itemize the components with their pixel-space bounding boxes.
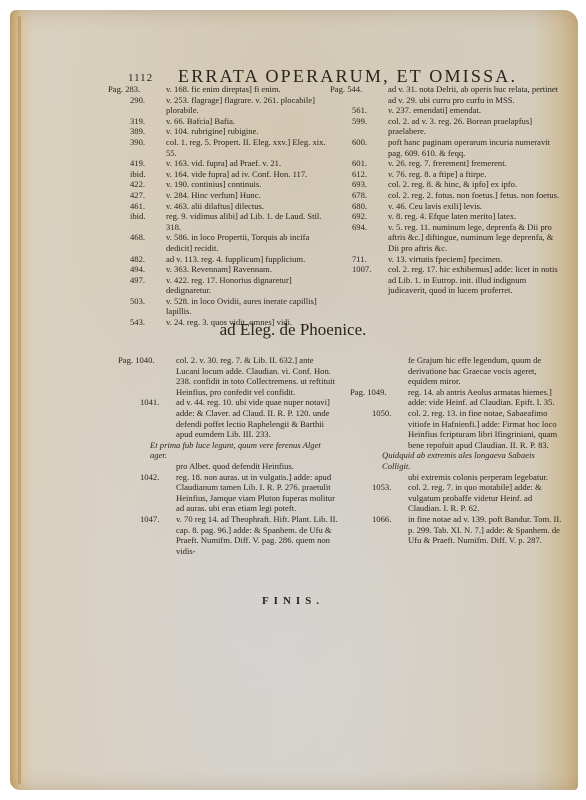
correction-text: v. 168. fic enim direptas] fi enim.	[166, 84, 281, 94]
erratum-entry: 1041.ad v. 44. reg. 10. ubi vide quae nu…	[140, 397, 338, 439]
erratum-entry: Pag. 1049.reg. 14. ab antris Aeolus arma…	[372, 387, 562, 408]
page-reference: 1041.	[140, 397, 159, 408]
errata-right-column-1: Pag. 544.ad v. 31. nota Delrii, ab operi…	[352, 84, 562, 296]
correction-text: poft hanc paginam operarum incuria numer…	[388, 137, 550, 158]
erratum-entry: Pag. 544.ad v. 31. nota Delrii, ab operi…	[352, 84, 562, 105]
correction-text: v. 284. Hinc verfum] Hunc.	[166, 190, 261, 200]
erratum-entry: Pag. 283.v. 168. fic enim direptas] fi e…	[130, 84, 335, 95]
erratum-entry: 612.v. 76. reg. 8. a ftipe] a ftirpe.	[352, 169, 562, 180]
page-reference: 1047.	[140, 514, 159, 525]
quoted-verse: Quidquid ab extremis ales longaeva Sabae…	[372, 450, 562, 471]
erratum-entry: 692.v. 8. reg. 4. Efque laten merito] la…	[352, 211, 562, 222]
page-reference: 503.	[130, 296, 145, 307]
erratum-entry: 678.col. 2. reg. 2. fotus. non foetus.] …	[352, 190, 562, 201]
correction-text: reg. 9. vidimus alibi] ad Lib. 1. de Lau…	[166, 211, 321, 232]
correction-text: v. 586. in loco Propertii, Torquis ab in…	[166, 232, 309, 253]
continuation-text: fe Grajum hic effe legendum, quum de der…	[372, 355, 562, 387]
errata-left-column-1: Pag. 283.v. 168. fic enim direptas] fi e…	[130, 84, 335, 328]
page-reference: 1042.	[140, 472, 159, 483]
correction-text: v. 26. reg. 7. frerement] fremerent.	[388, 158, 507, 168]
page-reference: 599.	[352, 116, 367, 127]
erratum-entry: 599.col. 2. ad v. 3. reg. 26. Borean pra…	[352, 116, 562, 137]
page-reference: 1050.	[372, 408, 391, 419]
correction-text: v. 46. Ceu lavis exili] levis.	[388, 201, 482, 211]
finis-mark: FINIS.	[0, 595, 586, 607]
page-reference: Pag. 283.	[108, 84, 140, 95]
correction-text: v. 253. flagrage] flagrare. v. 261. ploc…	[166, 95, 315, 116]
page-reference: 1007.	[352, 264, 371, 275]
erratum-entry: 389.v. 104. rubrigine] rubigine.	[130, 126, 335, 137]
erratum-entry: 461.v. 463. alii dilaftus] dilectus.	[130, 201, 335, 212]
page-reference: 389.	[130, 126, 145, 137]
page-reference: ibid.	[130, 169, 146, 180]
correction-text: in fine notae ad v. 139. poft Bandur. To…	[408, 514, 561, 545]
correction-text: v. 70 reg 14. ad Theophraft. Hift. Plant…	[176, 514, 338, 556]
continuation-text: ubi extremis colonis perperam legebatur.	[372, 472, 562, 483]
erratum-entry: 319.v. 66. Bafcia] Bafia.	[130, 116, 335, 127]
erratum-entry: 694.v. 5. reg. 11. numinum lege, deprenf…	[352, 222, 562, 254]
correction-text: v. 528. in loco Ovidii, aures inerate ca…	[166, 296, 317, 317]
correction-text: reg. 14. ab antris Aeolus armatas hiemes…	[408, 387, 555, 408]
erratum-entry: ibid.reg. 9. vidimus alibi] ad Lib. 1. d…	[130, 211, 335, 232]
errata-right-column-2: fe Grajum hic effe legendum, quum de der…	[372, 355, 562, 546]
erratum-entry: 427.v. 284. Hinc verfum] Hunc.	[130, 190, 335, 201]
section-title: ad Eleg. de Phoenice.	[0, 320, 586, 340]
erratum-entry: ibid.v. 164. vide fupra] ad iv. Conf. Ho…	[130, 169, 335, 180]
erratum-entry: 1007.col. 2. reg. 17. hic exhibemus] add…	[352, 264, 562, 296]
erratum-entry: 1050.col. 2. reg. 13. in fine notae, Sab…	[372, 408, 562, 450]
page-reference: 494.	[130, 264, 145, 275]
continuation-text: pro Albet. quod defendit Heinfius.	[140, 461, 338, 472]
page-reference: 693.	[352, 179, 367, 190]
page-reference: Pag. 544.	[330, 84, 362, 95]
erratum-entry: 390.col. 1. reg. 5. Propert. II. Eleg. x…	[130, 137, 335, 158]
correction-text: v. 463. alii dilaftus] dilectus.	[166, 201, 264, 211]
page-reference: Pag. 1040.	[118, 355, 155, 366]
erratum-entry: 494.v. 363. Revennam] Ravennam.	[130, 264, 335, 275]
page-reference: 600.	[352, 137, 367, 148]
erratum-entry: 503.v. 528. in loco Ovidii, aures inerat…	[130, 296, 335, 317]
page-reference: 1053.	[372, 482, 391, 493]
erratum-entry: 561.v. 237. emendati] emendat.	[352, 105, 562, 116]
correction-text: ad v. 31. nota Delrii, ab operis huc rel…	[388, 84, 558, 105]
correction-text: col. 2. reg. 7. in quo motabile] adde: &…	[408, 482, 542, 513]
page-reference: 427.	[130, 190, 145, 201]
correction-text: col. 2. reg. 2. fotus. non foetus.] fetu…	[388, 190, 559, 200]
page-reference: Pag. 1049.	[350, 387, 387, 398]
erratum-entry: 482.ad v. 113. reg. 4. fupplicum] fuppli…	[130, 254, 335, 265]
erratum-entry: 711.v. 13. virtutis fpeciem] fpecimen.	[352, 254, 562, 265]
page-reference: 711.	[352, 254, 367, 265]
page-reference: 419.	[130, 158, 145, 169]
correction-text: col. 1. reg. 5. Propert. II. Eleg. xxv.]…	[166, 137, 326, 158]
erratum-entry: 1066.in fine notae ad v. 139. poft Bandu…	[372, 514, 562, 546]
page-reference: 1066.	[372, 514, 391, 525]
page-reference: 692.	[352, 211, 367, 222]
page-number: 1112	[128, 72, 153, 84]
erratum-entry: 1053.col. 2. reg. 7. in quo motabile] ad…	[372, 482, 562, 514]
page-reference: ibid.	[130, 211, 146, 222]
erratum-entry: 1042.reg. 18. non auras. ut in vulgatis.…	[140, 472, 338, 514]
errata-left-column-2: Pag. 1040.col. 2. v. 30. reg. 7. & Lib. …	[140, 355, 338, 556]
correction-text: col. 2. reg. 13. in fine notae, Sabaeafi…	[408, 408, 557, 450]
page-reference: 680.	[352, 201, 367, 212]
erratum-entry: 680.v. 46. Ceu lavis exili] levis.	[352, 201, 562, 212]
correction-text: v. 164. vide fupra] ad iv. Conf. Hon. 11…	[166, 169, 307, 179]
erratum-entry: 693.col. 2. reg. 8. & hinc, & ipfo] ex i…	[352, 179, 562, 190]
page-reference: 482.	[130, 254, 145, 265]
correction-text: v. 5. reg. 11. numinum lege, deprenfa & …	[388, 222, 553, 253]
page-reference: 694.	[352, 222, 367, 233]
erratum-entry: 290.v. 253. flagrage] flagrare. v. 261. …	[130, 95, 335, 116]
correction-text: col. 2. ad v. 3. reg. 26. Borean praelap…	[388, 116, 532, 137]
correction-text: v. 422. reg. 17. Honorius dignaretur] de…	[166, 275, 292, 296]
correction-text: col. 2. v. 30. reg. 7. & Lib. II. 632.] …	[176, 355, 335, 397]
erratum-entry: 422.v. 190. continius] continuis.	[130, 179, 335, 190]
erratum-entry: 468.v. 586. in loco Propertii, Torquis a…	[130, 232, 335, 253]
page-reference: 390.	[130, 137, 145, 148]
correction-text: v. 190. continius] continuis.	[166, 179, 261, 189]
erratum-entry: 419.v. 163. vid. fupra] ad Praef. v. 21.	[130, 158, 335, 169]
correction-text: v. 13. virtutis fpeciem] fpecimen.	[388, 254, 502, 264]
erratum-entry: Pag. 1040.col. 2. v. 30. reg. 7. & Lib. …	[140, 355, 338, 397]
page-reference: 678.	[352, 190, 367, 201]
page-reference: 601.	[352, 158, 367, 169]
page-reference: 290.	[130, 95, 145, 106]
page-reference: 468.	[130, 232, 145, 243]
correction-text: col. 2. reg. 17. hic exhibemus] adde: li…	[388, 264, 558, 295]
page-reference: 422.	[130, 179, 145, 190]
correction-text: v. 363. Revennam] Ravennam.	[166, 264, 272, 274]
correction-text: v. 237. emendati] emendat.	[388, 105, 481, 115]
correction-text: v. 8. reg. 4. Efque laten merito] latex.	[388, 211, 516, 221]
correction-text: v. 76. reg. 8. a ftipe] a ftirpe.	[388, 169, 486, 179]
erratum-entry: 497.v. 422. reg. 17. Honorius dignaretur…	[130, 275, 335, 296]
correction-text: v. 163. vid. fupra] ad Praef. v. 21.	[166, 158, 281, 168]
correction-text: v. 66. Bafcia] Bafia.	[166, 116, 235, 126]
page-reference: 497.	[130, 275, 145, 286]
correction-text: v. 104. rubrigine] rubigine.	[166, 126, 259, 136]
correction-text: col. 2. reg. 8. & hinc, & ipfo] ex ipfo.	[388, 179, 517, 189]
erratum-entry: 601.v. 26. reg. 7. frerement] fremerent.	[352, 158, 562, 169]
correction-text: ad v. 113. reg. 4. fupplicum] fupplicium…	[166, 254, 305, 264]
erratum-entry: 1047.v. 70 reg 14. ad Theophraft. Hift. …	[140, 514, 338, 556]
quoted-verse: Et prima fub luce legunt, quum vere fere…	[140, 440, 338, 461]
page-reference: 319.	[130, 116, 145, 127]
page-reference: 612.	[352, 169, 367, 180]
correction-text: reg. 18. non auras. ut in vulgatis.] add…	[176, 472, 335, 514]
erratum-entry: 600.poft hanc paginam operarum incuria n…	[352, 137, 562, 158]
page-reference: 561.	[352, 105, 367, 116]
correction-text: ad v. 44. reg. 10. ubi vide quae nuper n…	[176, 397, 330, 439]
page-reference: 461.	[130, 201, 145, 212]
